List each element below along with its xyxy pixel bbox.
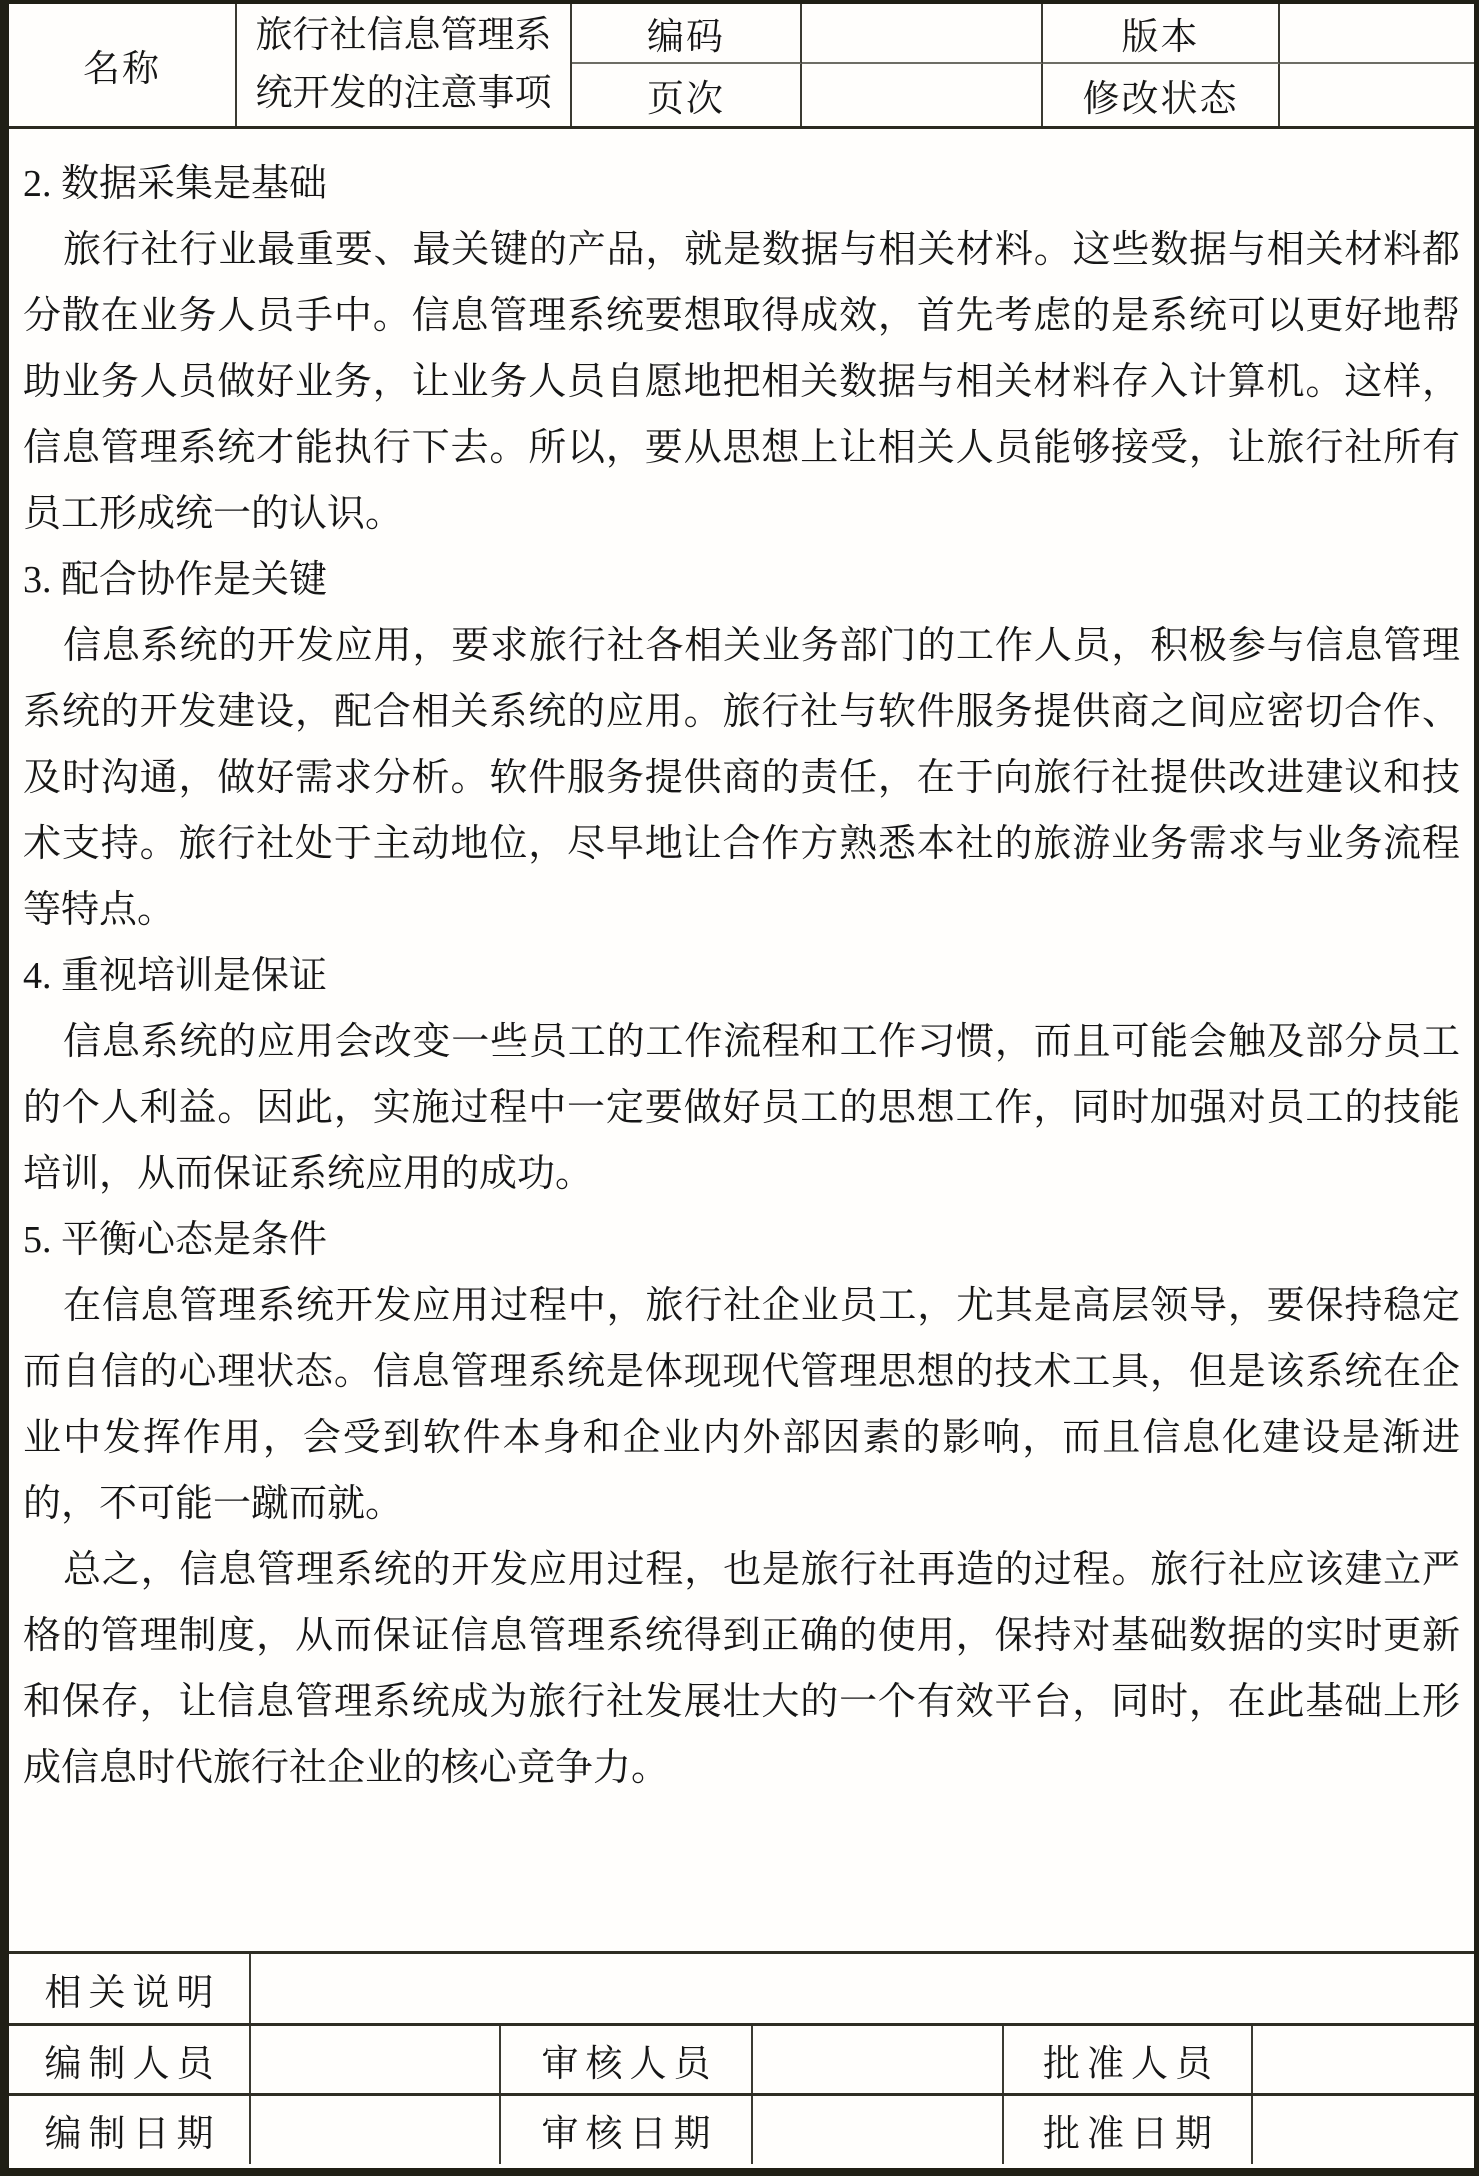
document-page: 名称 旅行社信息管理系统开发的注意事项 编码 版本 页次 修改状态 2. 数据采…	[0, 0, 1479, 2176]
section-heading: 4. 重视培训是保证	[23, 943, 1460, 1009]
page-number-value-cell	[802, 64, 1043, 126]
section-paragraph: 在信息管理系统开发应用过程中，旅行社企业员工，尤其是高层领导，要保持稳定而自信的…	[23, 1273, 1460, 1537]
revision-status-label: 修改状态	[1043, 64, 1280, 126]
related-notes-row: 相关说明	[9, 1951, 1474, 2023]
section-heading: 5. 平衡心态是条件	[23, 1207, 1460, 1273]
code-value-cell	[802, 4, 1043, 64]
review-date-value-cell	[753, 2096, 1004, 2164]
version-label: 版本	[1043, 4, 1280, 64]
related-notes-value-cell	[251, 1954, 1474, 2023]
approve-date-label: 批准日期	[1004, 2096, 1253, 2164]
document-body: 2. 数据采集是基础 旅行社行业最重要、最关键的产品，就是数据与相关材料。这些数…	[9, 129, 1474, 1951]
section-paragraph: 信息系统的应用会改变一些员工的工作流程和工作习惯，而且可能会触及部分员工的个人利…	[23, 1009, 1460, 1207]
approver-value-cell	[1253, 2026, 1474, 2093]
section-heading: 3. 配合协作是关键	[23, 547, 1460, 613]
personnel-row: 编制人员 审核人员 批准人员	[9, 2023, 1474, 2093]
document-title: 旅行社信息管理系统开发的注意事项	[237, 4, 572, 126]
section-paragraph: 旅行社行业最重要、最关键的产品，就是数据与相关材料。这些数据与相关材料都分散在业…	[23, 217, 1460, 547]
reviewer-label: 审核人员	[501, 2026, 753, 2093]
related-notes-label: 相关说明	[9, 1954, 251, 2023]
prepare-date-label: 编制日期	[9, 2096, 251, 2164]
section-paragraph: 信息系统的开发应用，要求旅行社各相关业务部门的工作人员，积极参与信息管理系统的开…	[23, 613, 1460, 943]
footer-table: 相关说明 编制人员 审核人员 批准人员 编制日期 审核日期 批准日期	[9, 1951, 1474, 2164]
page-number-label: 页次	[572, 64, 802, 126]
closing-paragraph: 总之，信息管理系统的开发应用过程，也是旅行社再造的过程。旅行社应该建立严格的管理…	[23, 1537, 1460, 1801]
approve-date-value-cell	[1253, 2096, 1474, 2164]
revision-status-value-cell	[1280, 64, 1474, 126]
review-date-label: 审核日期	[501, 2096, 753, 2164]
prepare-date-value-cell	[251, 2096, 501, 2164]
code-label: 编码	[572, 4, 802, 64]
header-table: 名称 旅行社信息管理系统开发的注意事项 编码 版本 页次 修改状态	[9, 4, 1474, 129]
name-label: 名称	[9, 4, 237, 126]
reviewer-value-cell	[753, 2026, 1004, 2093]
approver-label: 批准人员	[1004, 2026, 1253, 2093]
dates-row: 编制日期 审核日期 批准日期	[9, 2093, 1474, 2164]
version-value-cell	[1280, 4, 1474, 64]
section-heading: 2. 数据采集是基础	[23, 151, 1460, 217]
preparer-label: 编制人员	[9, 2026, 251, 2093]
preparer-value-cell	[251, 2026, 501, 2093]
